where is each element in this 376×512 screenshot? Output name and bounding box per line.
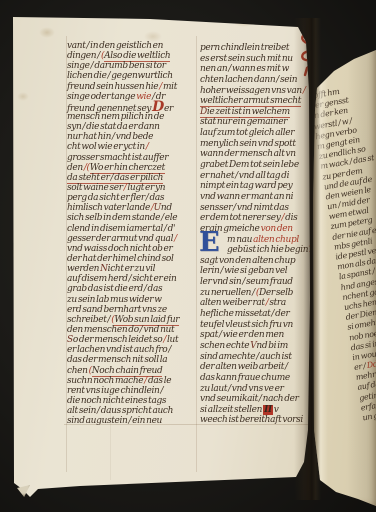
text-segment: grab das ist die erd / das [67,284,162,294]
manuscript-text-line: gesser der armut vnd qual / [67,234,189,244]
manuscript-text-line: schen echte Vnd bi im [200,341,313,352]
text-segment: zu sein lab mus wider w [67,295,162,305]
manuscript-text-line: nimpt ein tag ward pey [200,181,313,192]
text-segment: weltlicher armut smecht [200,96,301,107]
text-segment: er lachen vnd ist auch fro / [67,345,171,355]
paper-stain [17,92,29,101]
text-segment: clend in disem iamer tal / d' [67,224,175,234]
manuscript-text-line: grabet Dem tot sein lebe [200,160,313,171]
text-segment: dingen / [67,51,101,61]
manuscript-text-line: si allzeit stellen II v [200,405,313,416]
text-column-left: vant / in den geistlich endingen / (Also… [67,41,189,426]
text-segment: alten weiber rat [200,298,266,308]
manuscript-text-line: sich selb in dem stande / ele [67,213,189,223]
text-segment: singe / darumb ben si tor [67,61,166,71]
text-segment: sind amechte / auch ist [200,352,292,362]
manuscript-text-line: suchn noch mache / das le [67,376,189,386]
manuscript-text-line: menylich sein vnd spott [200,139,313,150]
manuscript-text-line: lauf zum tot gleich aller [200,128,313,139]
text-segment: vnd seumikait / nach der [200,394,299,404]
manuscript-text-line: Die zeit ist in welchem [200,107,313,118]
text-segment: das der mensch nit soll la [67,355,167,365]
manuscript-text-line: himlisch vater lande /Und [67,203,189,213]
text-segment: hefliche missetat / der [200,309,289,319]
text-segment: sind augustein / ein neu [67,416,162,426]
text-segment: zu neruellen / [200,288,256,298]
text-segment: zu laut / vnd vns ve er [200,384,284,394]
manuscript-text-line: erd sand bernhart vns ze [67,305,189,315]
text-segment: U [154,203,161,213]
text-segment: lerin / wie si geban vel [200,266,287,276]
text-segment: solt waine ser [67,183,124,193]
text-segment: vnd waiss doch nicht ob er [67,244,173,254]
paper-stain [230,8,258,27]
manuscript-text-line: lichen die / gegenwurtlich [67,71,189,81]
manuscript-text-line: vnd seumikait / nach der [200,394,313,405]
manuscript-text-line: hefliche missetat / der [200,309,313,320]
manuscript-text-line: wann der mensch alt vn [200,149,313,160]
manuscript-text-line: rent vns iuge chindlein / [67,386,189,396]
text-segment: lichen die / gegenwurtlich [67,71,173,81]
text-segment: der hat der himel chind sol [67,254,174,264]
text-segment: ler vnd sin / seum fraud [200,277,293,287]
manuscript-text-line: das kann fraue chume [200,373,313,384]
text-segment: suchn noch mache [67,376,144,386]
text-segment: er dem tot nerer sey [200,213,281,223]
manuscript-text-line: perg da sicht er fler / das [67,193,189,203]
manuscript-text-line: stat nur ein gemainer [200,117,313,128]
manuscript-text-line: zu laut / vnd vns ve er [200,384,313,395]
manuscript-text-line: freund sein hussen hie / mit [67,82,189,92]
paper-stain [39,27,55,38]
text-segment: sensser / vnd nimt das [200,203,289,213]
manuscript-text-line: schreibet / (Wob sun laid fur [67,315,189,325]
text-segment: erd sand bernhart vns ze [67,305,167,315]
text-segment: II [263,405,273,415]
text-segment: von den [261,224,293,234]
text-segment: er [164,104,173,114]
text-segment: Der selb [259,288,293,298]
text-segment: werden [67,264,100,274]
text-segment: lut [166,335,178,345]
text-segment: pern chindlein treibet [200,43,289,53]
text-segment: vant / in den geistlich en [67,41,163,51]
manuscript-text-line: er dem tot nerer sey / dis [200,213,313,224]
manuscript-text-line: zu sein lab mus wider w [67,295,189,305]
manuscript-text-line: er nahet / vnd all tag di [200,171,313,182]
text-segment: ? [308,245,312,255]
text-segment: icht er zu vil [108,264,156,274]
manuscript-text-line: der alten weib arbeit / [200,362,313,373]
ruling-line-vertical [196,36,197,472]
manuscript-text-line: auf disem herd / sicht er ein [67,274,189,284]
manuscript-text-line: clend in disem iamer tal / d' [67,224,189,234]
text-segment: den [67,163,84,173]
manuscript-text-line: er lachen vnd ist auch fro / [67,345,189,355]
text-segment: gesser der armut vnd qual [67,234,174,244]
manuscript-text-line: vnd wann er mant an ni [200,192,313,203]
manuscript-text-line: alt sein / daus spricht auch [67,406,189,416]
text-segment: vnd wann er mant an ni [200,192,293,202]
text-segment: es erst sein such mit nu [200,54,293,64]
text-segment: mensch nem pilich in de [67,112,164,122]
text-segment: N [100,264,108,274]
text-segment: m nau [227,235,253,245]
manuscript-text-line: den /(Wo er hin cherczet [67,163,189,173]
text-segment: das kann fraue chume [200,373,290,383]
text-segment: weech ist bereithaft vorsi [200,415,303,425]
red-flourish-initial [297,31,319,77]
text-segment: stat nur ein gemainer [200,117,287,127]
text-segment: alt sein / daus spricht auch [67,406,173,416]
text-segment: rent vns iuge chindlein / [67,386,163,396]
text-segment: er nahet / vnd all tag di [200,171,289,181]
manuscript-text-line: syn / die stat da er dann [67,122,189,132]
text-segment: lauf zum tot gleich aller [200,128,294,138]
text-segment: sich selb in dem stande / ele [67,213,177,223]
text-segment: nen an / wann es mit w [200,64,289,74]
text-segment: spat / wie er den men [200,330,284,340]
manuscript-text-line: chen (Noch chain freud [67,366,189,376]
text-segment: gebüst ich hie begin [227,245,308,255]
manuscript-text-line: vant / in den geistlich en [67,41,189,51]
text-segment: syn / die stat da er dann [67,122,160,132]
manuscript-text-line: sind augustein / ein neu [67,416,189,426]
manuscript-text-line: zu neruellen / (Der selb [200,288,313,299]
text-segment: ie zeit ist in welchem [207,107,290,118]
manuscript-text-line: den menschen do / vnd nut [67,325,189,335]
text-segment: teufel vleust sich fru vn [200,320,293,330]
text-segment: mit [162,82,177,92]
manuscript-text-line: lerin / wie si geban vel [200,266,313,277]
text-segment: singe oder tange [67,92,136,102]
text-segment: nimpt ein tag ward pey [200,181,292,191]
manuscript-text-line: vnd waiss doch nicht ob er [67,244,189,254]
text-segment: stra [268,298,286,308]
manuscript-text-line: die noch nicht eines tags [67,396,189,406]
text-segment: dis [284,213,297,223]
manuscript-text-line: hoher weissagen vns van / [200,86,313,97]
text-segment: die noch nicht eines tags [67,396,166,406]
manuscript-text-line: grab das ist die erd / das [67,284,189,294]
text-segment: wie [136,92,151,102]
text-segment: v [273,405,279,415]
manuscript-text-line: das der mensch nit soll la [67,355,189,365]
manuscript-text-line: sind amechte / auch ist [200,352,313,363]
text-segment: o der mensch leidet so [73,335,164,345]
manuscript-text-line: da steht er / das er pilich [67,173,189,183]
text-segment: schen echte [200,341,250,351]
text-segment: der alten weib arbeit / [200,362,288,372]
manuscript-text-line: freund genennet sey Der [67,102,189,112]
manuscript-text-line: werden Nicht er zu vil [67,264,189,274]
text-segment: schreibet / [67,315,111,325]
text-segment: lugt er yn [126,183,165,193]
text-segment: den menschen do / vnd nut [67,325,174,335]
manuscript-text-line: teufel vleust sich fru vn [200,320,313,331]
manuscript-text-line: weech ist bereithaft vorsi [200,415,313,426]
manuscript-text-line: sensser / vnd nimt das [200,203,313,214]
text-segment: nd bi im [256,341,288,351]
text-segment: nur hat hin / vnd bede [67,132,153,142]
text-segment: nd [161,203,172,213]
text-segment: /( [84,163,90,173]
text-segment: himlisch vater lande [67,203,151,213]
text-segment: wann der mensch alt vn [200,149,296,159]
text-segment: menylich sein vnd spott [200,139,296,149]
text-segment: chen [67,366,89,376]
text-segment: grabet Dem tot sein lebe [200,160,299,170]
photo-backdrop: vant / in den geistlich endingen / (Also… [0,0,376,512]
text-segment: / [146,142,149,152]
text-segment: freund sein hussen hie [67,82,159,92]
text-segment: hoher weissagen vns van [200,86,303,96]
manuscript-text-line: singe / darumb ben si tor [67,61,189,71]
text-segment: cht wol wie er yct in [67,142,146,152]
manuscript-text-line: nur hat hin / vnd bede [67,132,189,142]
text-segment: D [200,107,207,118]
manuscript-text-line: solt waine ser / lugt er yn [67,183,189,193]
manuscript-text-line: singe oder tange wie / dr [67,92,189,102]
manuscript-text-line: weltlicher armut smecht [200,96,313,107]
text-segment: alten chupl [253,235,299,245]
blue-lombard-initial: E [199,231,225,255]
text-segment: / [303,86,306,96]
manuscript-text-line: ler vnd sin / seum fraud [200,277,313,288]
manuscript-text-line: dingen / (Also die weltlich [67,51,189,61]
text-segment: grosser smacht ist auffer [67,153,168,163]
facing-page-text: hofft hmder gensstin der kenwerstl / w /… [308,83,376,424]
manuscript-text-line: alten weiber rat / stra [200,298,313,309]
manuscript-text-line: spat / wie er den men [200,330,313,341]
text-segment: si allzeit stellen [200,405,263,415]
text-segment: / [174,234,177,244]
text-segment: perg da sicht er fler / das [67,193,164,203]
text-segment: auf disem herd / sicht er ein [67,274,176,284]
text-segment: chten lachen dann / sein [200,75,297,85]
manuscript-text-line: der hat der himel chind sol [67,254,189,264]
manuscript-text-line: So der mensch leidet so / lut [67,335,189,345]
text-segment: das le [147,376,171,386]
manuscript-text-line: cht wol wie er yct in / [67,142,189,152]
manuscript-text-line: grosser smacht ist auffer [67,153,189,163]
